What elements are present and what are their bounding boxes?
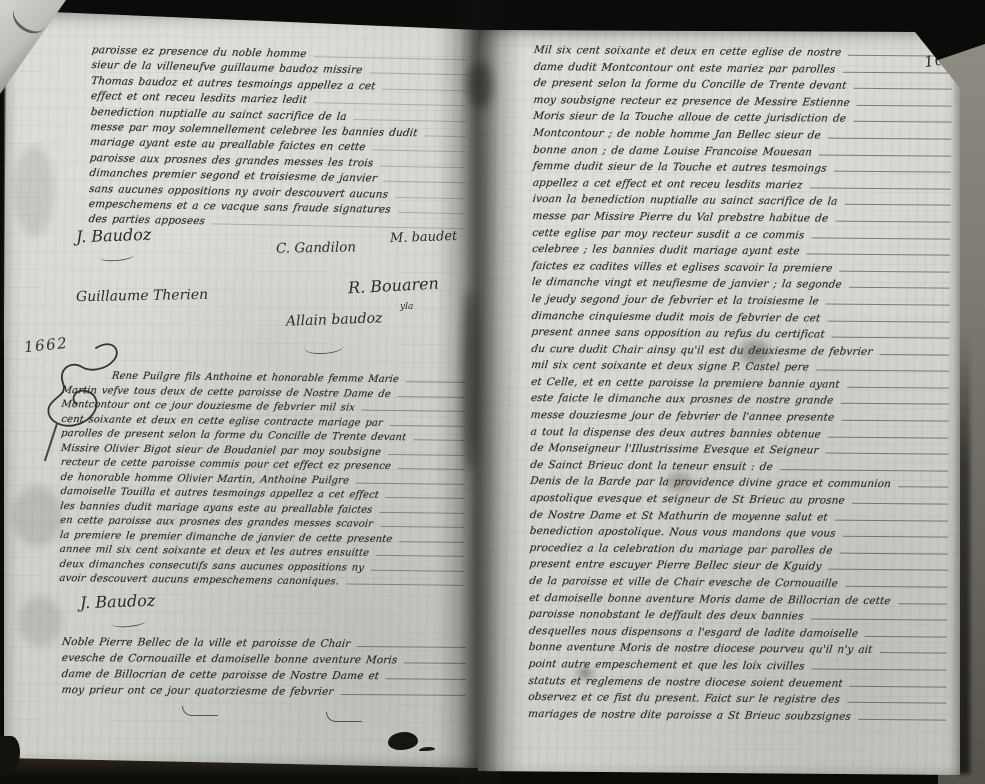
line-filler-stroke xyxy=(847,387,949,389)
paper-smudge xyxy=(18,596,62,646)
line-filler-stroke xyxy=(354,119,467,122)
line-filler-stroke xyxy=(828,436,949,438)
line-filler-stroke xyxy=(346,583,463,585)
flourish-mark xyxy=(326,712,362,722)
line-filler-stroke xyxy=(379,511,464,513)
manuscript-photo: paroisse ez presence du noble homme sieu… xyxy=(0,0,985,784)
line-filler-stroke xyxy=(827,320,949,322)
line-filler-stroke xyxy=(386,678,466,680)
line-filler-stroke xyxy=(847,702,946,704)
marriage-record-4: Mil six cent soixante et deux en cette e… xyxy=(528,44,952,728)
line-filler-stroke xyxy=(850,685,947,687)
line-filler-stroke xyxy=(413,439,465,441)
line-filler-stroke xyxy=(841,420,949,422)
line-filler-stroke xyxy=(384,181,466,184)
line-filler-stroke xyxy=(388,453,465,455)
paper-smudge xyxy=(12,486,62,546)
ink-smudge xyxy=(666,472,692,492)
line-filler-stroke xyxy=(828,569,947,571)
line-filler-stroke xyxy=(826,303,950,305)
line-filler-stroke xyxy=(898,487,948,488)
line-filler-stroke xyxy=(807,254,951,256)
line-filler-stroke xyxy=(811,237,950,239)
line-filler-stroke xyxy=(386,497,465,499)
line-filler-stroke xyxy=(816,370,949,372)
signature-m-baudet: M. baudet xyxy=(390,229,458,246)
line-filler-stroke xyxy=(811,619,947,621)
left-page: paroisse ez presence du noble homme sieu… xyxy=(4,6,478,770)
line-filler-stroke xyxy=(390,425,466,427)
line-filler-stroke xyxy=(406,381,466,383)
line-filler-stroke xyxy=(356,482,465,484)
line-filler-stroke xyxy=(858,719,946,721)
line-filler-stroke xyxy=(844,204,950,206)
signature-j-baudoz-2: J. Baudoz xyxy=(80,591,156,613)
right-page: 106 Mil six cent soixante et deux en cet… xyxy=(478,24,960,780)
line-filler-stroke xyxy=(372,150,466,153)
line-filler-stroke xyxy=(424,135,466,137)
line-filler-stroke xyxy=(212,224,465,230)
line-filler-stroke xyxy=(380,165,466,168)
ink-smudge xyxy=(578,668,592,678)
signature-paraph xyxy=(100,251,135,263)
line-filler-stroke xyxy=(398,468,465,470)
line-filler-stroke xyxy=(376,555,464,557)
line-filler-stroke xyxy=(840,270,951,272)
manuscript-line: mariages de nostre dite paroisse a St Br… xyxy=(528,708,946,728)
line-filler-stroke xyxy=(399,541,464,543)
line-filler-stroke xyxy=(879,652,946,654)
line-filler-stroke xyxy=(357,646,466,648)
paper-smudge xyxy=(14,146,54,236)
signature-paraph xyxy=(304,339,345,356)
signature-paraph xyxy=(112,616,147,629)
line-filler-stroke xyxy=(845,586,947,588)
line-filler-stroke xyxy=(395,196,465,198)
line-filler-stroke xyxy=(853,88,951,90)
line-filler-stroke xyxy=(398,212,465,214)
line-filler-stroke xyxy=(809,187,950,189)
line-filler-stroke xyxy=(852,503,948,505)
signature-r-bouaren: R. Bouaren xyxy=(348,274,440,298)
line-filler-stroke xyxy=(843,536,948,538)
signature-mark: yla xyxy=(400,302,413,312)
line-filler-stroke xyxy=(865,636,947,638)
marriage-record-1: paroisse ez presence du noble homme sieu… xyxy=(88,44,467,236)
signature-guillaume-therien: Guillaume Therien xyxy=(76,287,208,305)
flourish-mark xyxy=(182,706,218,716)
line-filler-stroke xyxy=(840,552,948,554)
line-filler-stroke xyxy=(398,396,466,398)
line-filler-stroke xyxy=(404,662,466,663)
line-filler-stroke xyxy=(853,121,951,123)
line-filler-stroke xyxy=(848,55,952,57)
line-filler-stroke xyxy=(780,469,948,471)
line-filler-stroke xyxy=(857,105,952,107)
line-filler-stroke xyxy=(380,526,464,528)
line-filler-stroke xyxy=(832,337,950,339)
line-filler-stroke xyxy=(341,694,466,696)
line-filler-stroke xyxy=(812,668,947,670)
line-filler-stroke xyxy=(849,287,950,289)
signature-allain-baudoz: Allain baudoz xyxy=(286,310,383,329)
line-filler-stroke xyxy=(835,221,950,223)
line-filler-stroke xyxy=(313,56,467,60)
line-filler-stroke xyxy=(362,410,466,412)
line-filler-stroke xyxy=(369,73,467,76)
manuscript-line: moy prieur ont ce jour quatorziesme de f… xyxy=(62,684,466,703)
line-filler-stroke xyxy=(879,354,949,356)
line-filler-stroke xyxy=(842,71,951,73)
line-filler-stroke xyxy=(834,171,951,173)
line-filler-stroke xyxy=(382,88,467,91)
ink-smudge xyxy=(740,340,770,364)
line-filler-stroke xyxy=(840,403,948,405)
line-filler-stroke xyxy=(835,519,948,521)
line-filler-stroke xyxy=(826,453,949,455)
line-filler-stroke xyxy=(314,102,467,106)
signature-c-gandilon: C. Gandilon xyxy=(276,239,356,256)
marriage-record-3: Noble Pierre Bellec de la ville et paroi… xyxy=(62,636,466,703)
signature-j-baudoz: J. Baudoz xyxy=(76,225,152,247)
line-filler-stroke xyxy=(819,154,951,156)
line-filler-stroke xyxy=(828,138,951,140)
ink-blot xyxy=(388,732,418,750)
line-filler-stroke xyxy=(371,569,464,571)
marriage-record-2: Rene Puilgre fils Anthoine et honorable … xyxy=(59,370,466,592)
line-filler-stroke xyxy=(898,603,948,604)
